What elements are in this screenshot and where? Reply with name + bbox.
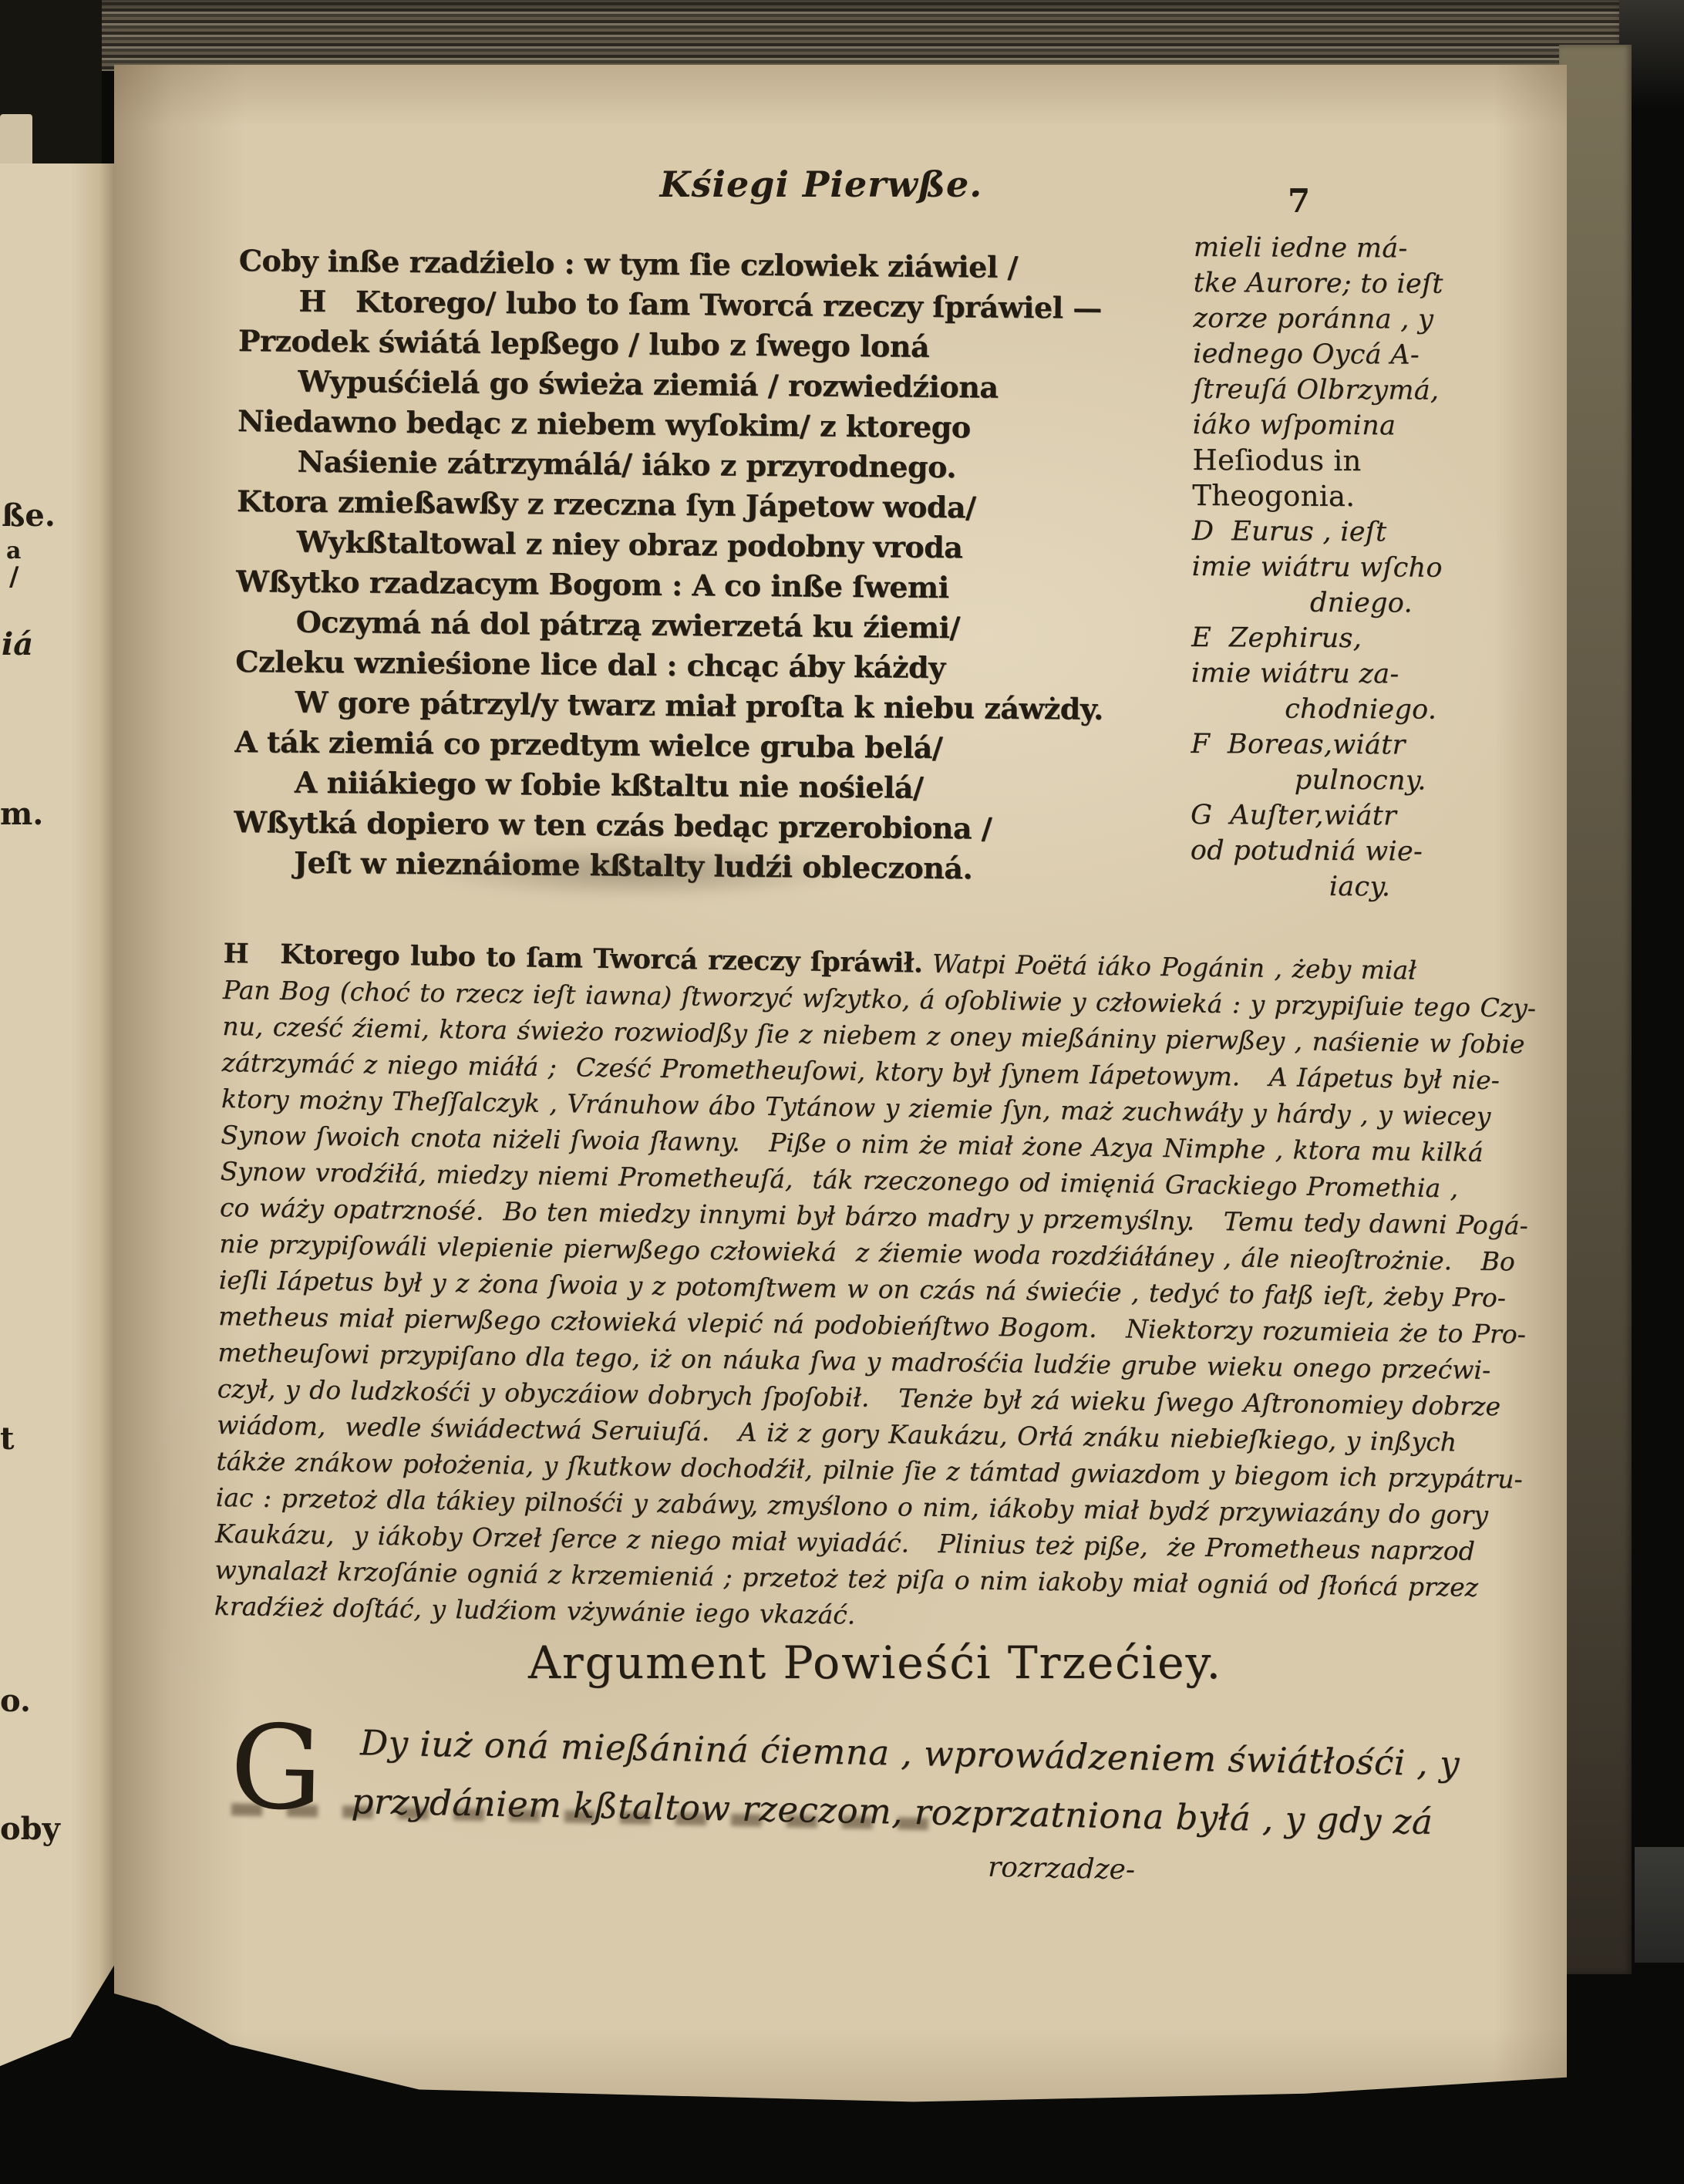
- margin-note: dniego.: [1191, 585, 1531, 622]
- margin-note: E Zephirus,: [1191, 620, 1531, 657]
- margin-note: iáko wſpomina: [1193, 407, 1532, 444]
- margin-note: iednego Oycá A-: [1193, 336, 1532, 373]
- edge-fragment: oby: [0, 1811, 60, 1847]
- edge-fragment: a: [6, 538, 21, 565]
- margin-notes-column: mieli iedne má- tke Aurore; to ieſt zorz…: [1190, 230, 1533, 905]
- section-heading: Argument Powieśći Trzećiey.: [224, 1636, 1527, 1689]
- margin-note: iacy.: [1190, 868, 1529, 905]
- margin-note: imie wiátru wſcho: [1192, 549, 1531, 586]
- margin-note: G Auſter,wiátr: [1191, 797, 1530, 834]
- edge-fragment: iá: [2, 626, 33, 662]
- commentary-text: Watpi Poëtá iáko Pogánin , żeby miał: [922, 945, 1416, 989]
- margin-note: imie wiátru za-: [1191, 656, 1531, 693]
- margin-note: F Boreas,wiátr: [1191, 726, 1530, 763]
- edge-fragment: /: [9, 561, 19, 592]
- drop-cap: G: [229, 1706, 324, 1831]
- edge-fragment: m.: [0, 796, 43, 832]
- running-header: Kśiegi Pierwße.: [359, 163, 1284, 205]
- margin-note: mieli iedne má-: [1194, 230, 1533, 267]
- margin-note: Heſiodus in: [1192, 443, 1531, 480]
- book-fore-edge: [1559, 45, 1632, 1974]
- margin-note: Theogonia.: [1192, 478, 1531, 515]
- verse-line: Jeſt w nieznáiome kßtalty ludźi obleczon…: [234, 842, 1313, 891]
- margin-note: D Eurus , ieſt: [1192, 514, 1531, 551]
- book-top-page-edges: [6, 0, 1622, 71]
- book-scan: ße. a / iá m. t o. oby Kśiegi Pierwße. 7…: [0, 0, 1684, 2184]
- catchword: rozrzadze-: [988, 1852, 1136, 1886]
- closing-line: Dy iuż oná mießániná ćiemna , wprowádzen…: [360, 1722, 1460, 1784]
- edge-fragment: t: [0, 1421, 14, 1457]
- margin-note: ſtreuſá Olbrzymá,: [1193, 372, 1532, 409]
- margin-note: chodniego.: [1191, 691, 1531, 728]
- facing-page-sliver: [0, 163, 117, 2085]
- page-surface: Kśiegi Pierwße. 7 Coby inße rzadźielo : …: [114, 65, 1567, 2110]
- commentary-block: H Ktorego lubo to ſam Tworcá rzeczy ſprá…: [214, 935, 1534, 1643]
- margin-note: pulnocny.: [1191, 762, 1530, 799]
- edge-fragment: o.: [0, 1683, 31, 1719]
- closing-line: przydániem kßtaltow rzeczom, rozprzatnio…: [351, 1781, 1433, 1842]
- background-object: [1635, 1847, 1684, 1963]
- closing-paragraph: G Dy iuż oná mießániná ćiemna , wprowádz…: [227, 1706, 1388, 1929]
- edge-fragment: ße.: [2, 497, 56, 534]
- margin-note: tke Aurore; to ieſt: [1194, 265, 1533, 302]
- page-edge-glint: [0, 114, 32, 170]
- page-number: 7: [1288, 182, 1310, 220]
- margin-note: od potudniá wie-: [1191, 833, 1530, 870]
- margin-note: zorze poránna , y: [1193, 301, 1532, 338]
- verse-block: Coby inße rzadźielo : w tym ſie czlowiek…: [234, 241, 1319, 891]
